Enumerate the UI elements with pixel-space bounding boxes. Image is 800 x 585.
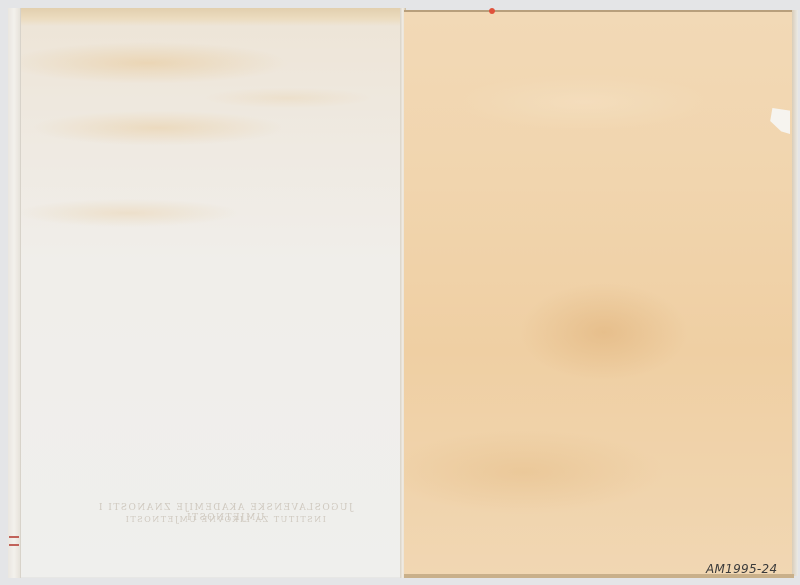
bleed-through-text-line2: INSTITUT ZA LIKOVNE UMJETNOSTI <box>60 515 390 524</box>
red-ink-mark <box>489 8 495 14</box>
left-page <box>8 8 404 578</box>
accession-number: AM1995-24 <box>706 562 777 576</box>
spine-red-marks <box>9 536 19 548</box>
right-page-edge <box>792 10 798 576</box>
left-page-top-stain <box>8 8 404 26</box>
right-page <box>404 10 792 578</box>
book-spread-photo: JUGOSLAVENSKE AKADEMIJE ZNANOSTI I UMJET… <box>0 0 800 585</box>
left-spine-edge <box>8 8 21 578</box>
